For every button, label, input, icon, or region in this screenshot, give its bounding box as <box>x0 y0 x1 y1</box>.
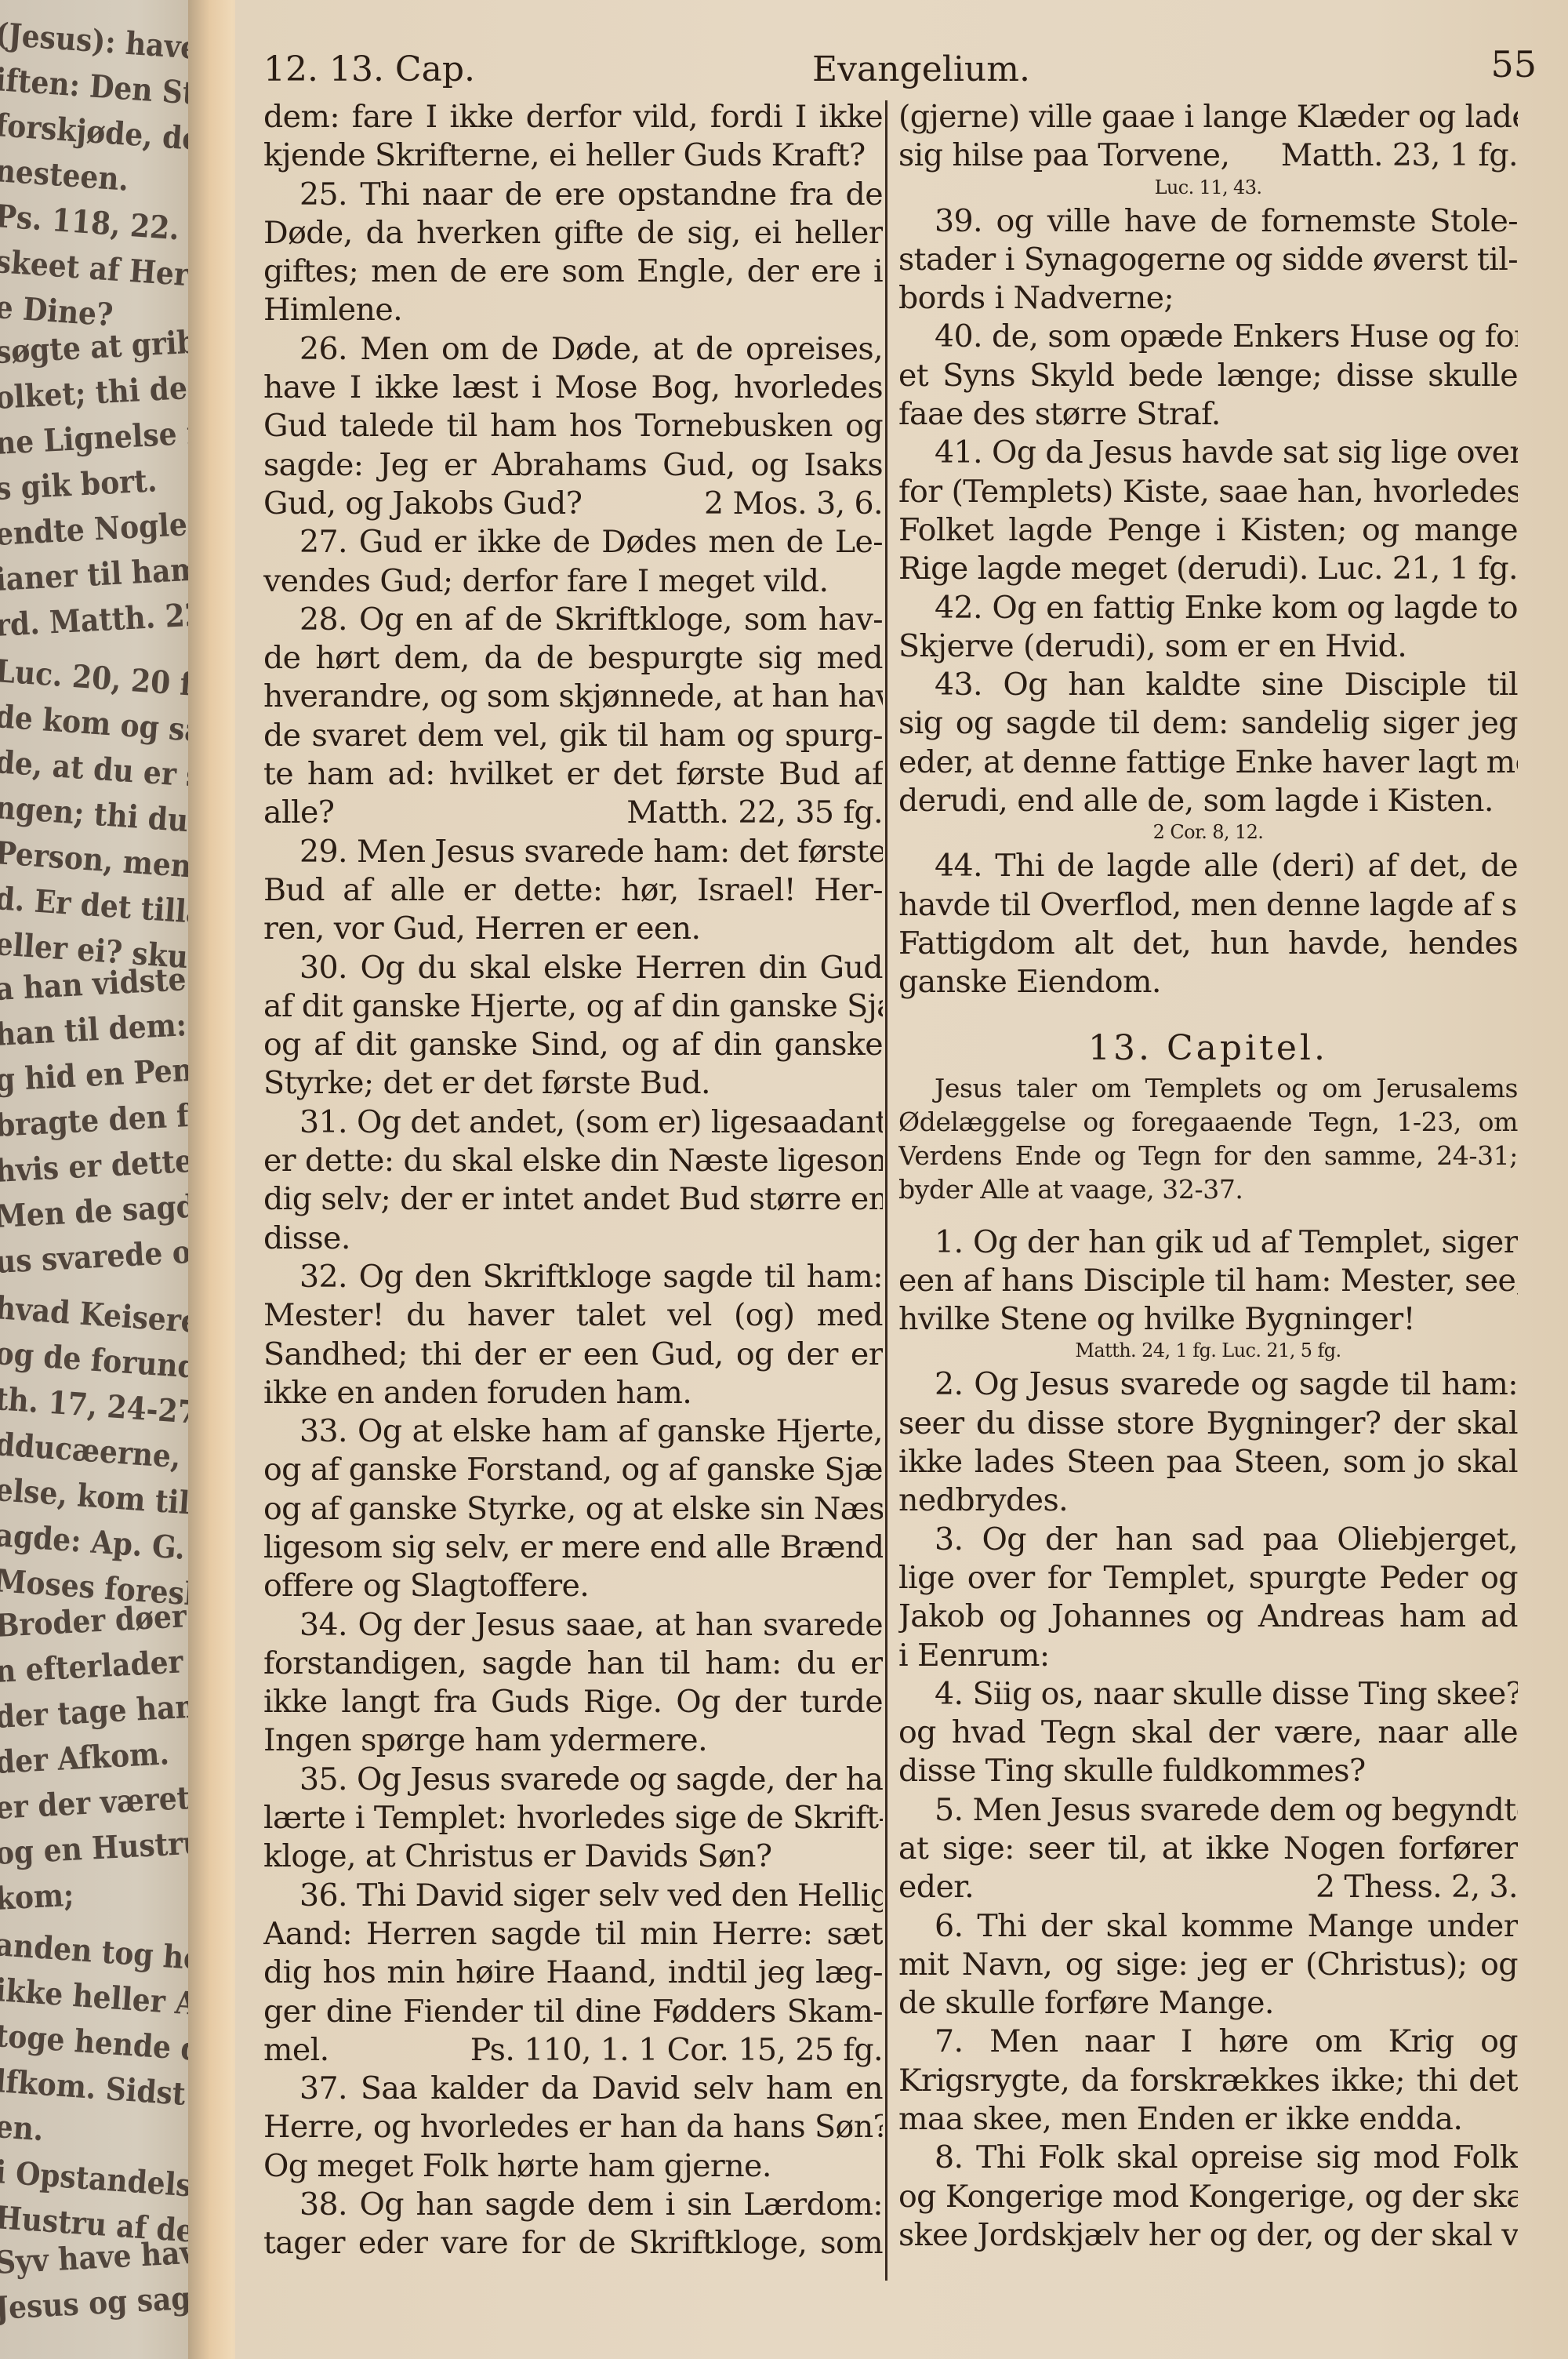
text-line: Jakob og Johannes og Andreas ham ad <box>898 1598 1518 1636</box>
text-line: have I ikke læst i Mose Bog, hvorledes <box>263 369 883 407</box>
text-line: dig hos min høire Haand, indtil jeg læg- <box>263 1954 883 1992</box>
text-line: 32. Og den Skriftkloge sagde til ham: <box>263 1258 883 1296</box>
cross-reference: 2 Cor. 8, 12. <box>898 820 1518 847</box>
text-line: ren, vor Gud, Herren er een. <box>263 910 883 948</box>
text-line: byder Alle at vaage, 32-37. <box>898 1172 1518 1206</box>
book-page: 12. 13. Cap. Evangelium. 55 dem: fare I … <box>235 0 1568 2359</box>
text-line: i Eenrum: <box>898 1637 1518 1675</box>
cross-reference: Ps. 110, 1. 1 Cor. 15, 25 fg. <box>470 2031 883 2070</box>
text-line: derudi, end alle de, som lagde i Kisten. <box>898 782 1518 820</box>
text-line: Ingen spørge ham ydermere. <box>263 1721 883 1760</box>
text-line: 40. de, som opæde Enkers Huse og for <box>898 318 1518 356</box>
previous-page-line: hvis er dette Billede <box>0 1136 196 1190</box>
right-column: (gjerne) ville gaae i lange Klæder og la… <box>898 98 1518 2255</box>
text-line: forstandigen, sagde han til ham: du er <box>263 1645 883 1683</box>
text-line: bords i Nadverne; <box>898 279 1518 318</box>
text-line: Aand: Herren sagde til min Herre: sæt <box>263 1915 883 1954</box>
verse-text: Gud, og Jakobs Gud? <box>263 485 582 523</box>
text-line: ikke lades Steen paa Steen, som jo skal <box>898 1443 1518 1481</box>
text-line: og af dit ganske Sind, og af din ganske <box>263 1026 883 1064</box>
text-line: 28. Og en af de Skriftkloge, som hav- <box>263 601 883 639</box>
text-line: de svaret dem vel, gik til ham og spurg- <box>263 717 883 755</box>
chapter-summary: Jesus taler om Templets og om Jerusalems… <box>898 1071 1518 1206</box>
text-line: lærte i Templet: hvorledes sige de Skrif… <box>263 1799 883 1837</box>
text-line: disse. <box>263 1219 883 1258</box>
previous-page-line: e Dine? <box>0 289 114 333</box>
text-line: Jesus taler om Templets og om Jerusalems <box>898 1071 1518 1105</box>
previous-page-line: ianer til ham, at de <box>0 546 196 598</box>
text-line: Bud af alle er dette: hør, Israel! Her- <box>263 871 883 910</box>
verse-text: Rige lagde meget (derudi). <box>898 550 1308 588</box>
chapter-13-verses: 1. Og der han gik ud af Templet, sigeree… <box>898 1223 1518 2255</box>
previous-page: (Jesus): have I ikkeiften: Den Steen, so… <box>0 0 196 2359</box>
text-line: nedbrydes. <box>898 1481 1518 1520</box>
previous-page-line: Men de sagde til ham <box>0 1180 196 1235</box>
text-line: og hvad Tegn skal der være, naar alle <box>898 1714 1518 1752</box>
text-line: hvilke Stene og hvilke Bygninger! <box>898 1300 1518 1339</box>
chapter-range: 12. 13. Cap. <box>263 49 475 89</box>
text-line: stader i Synagogerne og sidde øverst til… <box>898 241 1518 279</box>
verse-text: sig hilse paa Torvene, <box>898 136 1229 175</box>
text-line: ligesom sig selv, er mere end alle Brænd… <box>263 1528 883 1567</box>
text-line: er dette: du skal elske din Næste ligeso… <box>263 1142 883 1180</box>
previous-page-line: ne Lignelse mod dem; <box>0 407 196 462</box>
text-line: 8. Thi Folk skal opreise sig mod Folk <box>898 2139 1518 2177</box>
text-line: 34. Og der Jesus saae, at han svarede <box>263 1606 883 1645</box>
previous-page-line: bragte den frem. Og <box>0 1091 196 1144</box>
text-line: 43. Og han kaldte sine Disciple til <box>898 666 1518 704</box>
text-line: skee Jordskjælv her og der, og der skal … <box>898 2216 1518 2255</box>
text-line: 38. Og han sagde dem i sin Lærdom: <box>263 2186 883 2224</box>
text-line: 26. Men om de Døde, at de opreises, <box>263 330 883 369</box>
text-line: 25. Thi naar de ere opstandne fra de <box>263 176 883 214</box>
text-line: de skulle forføre Mange. <box>898 1984 1518 2023</box>
previous-page-line: der Afkom. <box>0 1735 170 1781</box>
text-line: ger dine Fiender til dine Fødders Skam- <box>263 1993 883 2031</box>
text-line: mit Navn, og sige: jeg er (Christus); og <box>898 1946 1518 1984</box>
text-line: hverandre, og som skjønnede, at han hav- <box>263 678 883 716</box>
text-line: 29. Men Jesus svarede ham: det første <box>263 833 883 871</box>
column-divider <box>885 100 887 2281</box>
cross-reference: Matth. 22, 35 fg. <box>626 794 883 832</box>
previous-page-line: s gik bort. <box>0 462 158 507</box>
text-line: (gjerne) ville gaae i lange Klæder og la… <box>898 98 1518 136</box>
text-line: havde til Overflod, men denne lagde af s… <box>898 886 1518 925</box>
text-line: Skjerve (derudi), som er en Hvid. <box>898 627 1518 666</box>
text-line: vendes Gud; derfor fare I meget vild. <box>263 562 883 601</box>
chapter-12-end: (gjerne) ville gaae i lange Klæder og la… <box>898 98 1518 1002</box>
previous-page-line: Luc. 20, 20 fg. <box>0 652 196 705</box>
text-line: Himlene. <box>263 291 883 329</box>
text-line: Krigsrygte, da forskrækkes ikke; thi det <box>898 2062 1518 2100</box>
previous-page-line: Ps. 118, 22. 23. <box>0 198 196 252</box>
text-line: dem: fare I ikke derfor vild, fordi I ik… <box>263 98 883 136</box>
text-line: 44. Thi de lagde alle (deri) af det, de <box>898 847 1518 885</box>
text-line: lige over for Templet, spurgte Peder og <box>898 1559 1518 1598</box>
page-number: 55 <box>1490 43 1537 85</box>
text-line: 6. Thi der skal komme Mange under <box>898 1907 1518 1946</box>
text-line: og Kongerige mod Kongerige, og der skal <box>898 2178 1518 2216</box>
text-line: 37. Saa kalder da David selv ham en <box>263 2070 883 2108</box>
text-line: giftes; men de ere som Engle, der ere i <box>263 253 883 291</box>
cross-reference: Matth. 23, 1 fg. <box>1281 136 1518 175</box>
cross-reference: Luc. 11, 43. <box>898 176 1518 202</box>
text-line: 7. Men naar I høre om Krig og <box>898 2023 1518 2061</box>
text-line: disse Ting skulle fuldkommes? <box>898 1752 1518 1790</box>
running-head: 12. 13. Cap. Evangelium. 55 <box>263 43 1537 98</box>
text-line: te ham ad: hvilket er det første Bud af <box>263 755 883 794</box>
text-line: 35. Og Jesus svarede og sagde, der han <box>263 1761 883 1799</box>
text-line: Mester! du haver talet vel (og) med <box>263 1296 883 1335</box>
text-line: kloge, at Christus er Davids Søn? <box>263 1837 883 1876</box>
text-line: de hørt dem, da de bespurgte sig med <box>263 639 883 678</box>
verse-text: alle? <box>263 794 334 832</box>
text-line: tager eder vare for de Skriftkloge, som <box>263 2224 883 2263</box>
text-line: faae des større Straf. <box>898 395 1518 434</box>
text-line: seer du disse store Bygninger? der skal <box>898 1405 1518 1443</box>
text-line: 5. Men Jesus svarede dem og begyndte <box>898 1791 1518 1830</box>
text-line: af dit ganske Hjerte, og af din ganske S… <box>263 987 883 1026</box>
text-line: at sige: seer til, at ikke Nogen forføre… <box>898 1830 1518 1868</box>
text-line: 33. Og at elske ham af ganske Hjerte, <box>263 1412 883 1451</box>
text-line: ikke langt fra Guds Rige. Og der turde <box>263 1683 883 1721</box>
text-line: Sandhed; thi der er een Gud, og der er <box>263 1336 883 1374</box>
previous-page-line: kom; <box>0 1877 74 1917</box>
previous-page-line: nesteen. <box>0 152 130 198</box>
previous-page-line: olket; thi de forstode <box>0 362 196 416</box>
text-line: og af ganske Forstand, og af ganske Sjæl… <box>263 1451 883 1489</box>
text-line: een af hans Disciple til ham: Mester, se… <box>898 1262 1518 1300</box>
text-line: 42. Og en fattig Enke kom og lagde to <box>898 589 1518 627</box>
cross-reference: Luc. 21, 1 fg. <box>1317 550 1518 588</box>
text-line: Og meget Folk hørte ham gjerne. <box>263 2147 883 2186</box>
text-line: Fattigdom alt det, hun havde, hendes <box>898 925 1518 963</box>
left-column: dem: fare I ikke derfor vild, fordi I ik… <box>263 98 883 2263</box>
text-line: offere og Slagtoffere. <box>263 1567 883 1605</box>
text-line: sagde: Jeg er Abrahams Gud, og Isaks <box>263 446 883 485</box>
text-line: 4. Siig os, naar skulle disse Ting skee? <box>898 1675 1518 1714</box>
text-line: eder, at denne fattige Enke haver lagt m… <box>898 743 1518 782</box>
cross-reference: 2 Thess. 2, 3. <box>1316 1868 1518 1906</box>
chapter-title: 13. Capitel. <box>898 1013 1518 1068</box>
text-line: 36. Thi David siger selv ved den Hellig <box>263 1877 883 1915</box>
text-line: Folket lagde Penge i Kisten; og mange <box>898 511 1518 550</box>
text-line: 39. og ville have de fornemste Stole- <box>898 202 1518 241</box>
text-line: 3. Og der han sad paa Oliebjerget, <box>898 1521 1518 1559</box>
previous-page-line: agde: Ap. G. 23 <box>0 1517 196 1570</box>
text-line: maa skee, men Enden er ikke endda. <box>898 2100 1518 2139</box>
previous-page-line: han til dem: hvi fri <box>0 1001 196 1053</box>
text-line: dig selv; der er intet andet Bud større … <box>263 1180 883 1219</box>
previous-page-line: g hid en Penning, at <box>0 1045 196 1099</box>
text-line: 30. Og du skal elske Herren din Gud <box>263 949 883 987</box>
previous-page-line: rd. Matth. 22, 15 <box>0 593 196 644</box>
text-line: 1. Og der han gik ud af Templet, siger <box>898 1223 1518 1262</box>
previous-page-line: Jesus og sagde til <box>0 2275 196 2326</box>
text-line: kjende Skrifterne, ei heller Guds Kraft? <box>263 136 883 175</box>
text-line: 41. Og da Jesus havde sat sig lige over <box>898 434 1518 472</box>
text-line: Verdens Ende og Tegn for den samme, 24-3… <box>898 1139 1518 1172</box>
text-line: sig og sagde til dem: sandelig siger jeg <box>898 704 1518 743</box>
text-line: Ødelæggelse og foregaaende Tegn, 1-23, o… <box>898 1105 1518 1139</box>
text-line: Styrke; det er det første Bud. <box>263 1064 883 1103</box>
text-line: Døde, da hverken gifte de sig, ei heller <box>263 214 883 253</box>
text-line: og af ganske Styrke, og at elske sin Næs… <box>263 1490 883 1528</box>
text-line: 27. Gud er ikke de Dødes men de Le- <box>263 523 883 562</box>
book-title: Evangelium. <box>812 49 1030 89</box>
text-line: et Syns Skyld bede længe; disse skulle <box>898 357 1518 395</box>
text-line: 31. Og det andet, (som er) ligesaadant, <box>263 1103 883 1142</box>
text-line: Herre, og hvorledes er han da hans Søn? <box>263 2108 883 2146</box>
previous-page-line: der tage hans Hustru <box>0 1681 196 1735</box>
cross-reference: 2 Mos. 3, 6. <box>704 485 883 523</box>
previous-page-line: en. <box>0 2108 45 2148</box>
text-line: ganske Eiendom. <box>898 963 1518 1001</box>
text-line: 2. Og Jesus svarede og sagde til ham: <box>898 1365 1518 1404</box>
text-line: for (Templets) Kiste, saae han, hvorlede… <box>898 473 1518 511</box>
verse-text: mel. <box>263 2031 329 2070</box>
cross-reference: Matth. 24, 1 fg. Luc. 21, 5 fg. <box>898 1339 1518 1365</box>
verse-text: eder. <box>898 1868 974 1906</box>
text-line: Gud talede til ham hos Tornebusken og <box>263 407 883 445</box>
text-line: ikke en anden foruden ham. <box>263 1374 883 1412</box>
